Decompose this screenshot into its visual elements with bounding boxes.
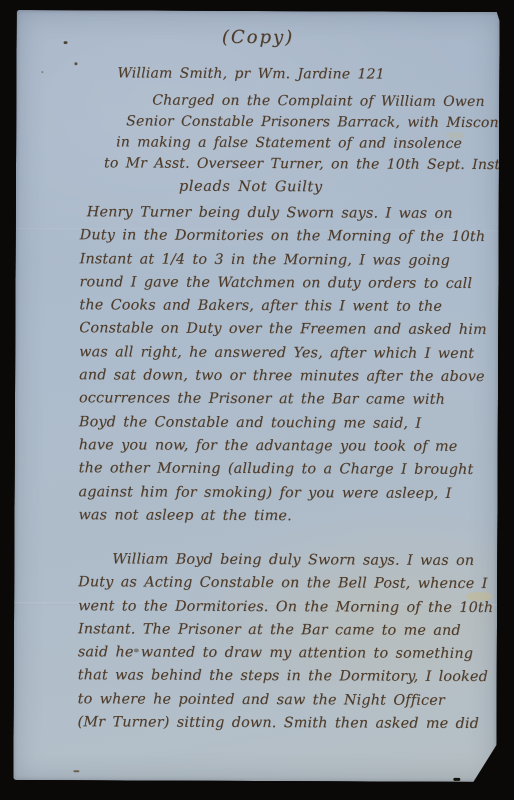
handwritten-line: to where he pointed and saw the Night Of… (78, 688, 482, 713)
manuscript-page: (Copy) William Smith, pr Wm. Jardine 121… (13, 10, 499, 782)
charge-statement: Charged on the Complaint of William Owen… (16, 90, 514, 176)
testimony-william-boyd: William Boyd being duly Sworn says. I wa… (78, 548, 483, 736)
ink-speck (453, 778, 460, 781)
handwritten-line: was not asleep at the time. (78, 504, 482, 529)
handwritten-line: said he wanted to draw my attention to s… (78, 641, 482, 666)
foxing-speck (41, 71, 43, 73)
handwritten-line: the other Morning (alluding to a Charge … (79, 457, 483, 482)
handwritten-line: went to the Dormitories. On the Morning … (78, 595, 482, 620)
handwritten-line: against him for smoking) for you were as… (79, 481, 483, 506)
handwritten-line: Instant at 1/4 to 3 in the Morning, I wa… (80, 248, 484, 273)
handwritten-line: in making a false Statement of and insol… (116, 132, 514, 155)
handwritten-line: occurrences the Prisoner at the Bar came… (79, 388, 483, 413)
photograph-background: { "window": { "background_color": "#0a09… (0, 0, 514, 800)
handwritten-line: to Mr Asst. Overseer Turner, on the 10th… (104, 153, 514, 176)
handwritten-line: (Mr Turner) sitting down. Smith then ask… (78, 711, 482, 736)
handwritten-line: William Boyd being duly Sworn says. I wa… (78, 548, 482, 573)
handwritten-line: and sat down, two or three minutes after… (79, 364, 483, 389)
handwritten-line: Constable on Duty over the Freemen and a… (79, 318, 483, 343)
handwritten-line: Boyd the Constable and touching me said,… (79, 411, 483, 436)
handwritten-line: the Cooks and Bakers, after this I went … (79, 294, 483, 319)
foxing-speck (74, 62, 77, 65)
handwritten-line: was all right, he answered Yes, after wh… (79, 341, 483, 366)
case-title-line: William Smith, pr Wm. Jardine 121 (117, 65, 384, 82)
document-heading: (Copy) (17, 26, 500, 49)
testimony-henry-turner: Henry Turner being duly Sworn says. I wa… (78, 201, 483, 529)
handwritten-line: Henry Turner being duly Sworn says. I wa… (80, 201, 484, 226)
handwritten-line: Duty in the Dormitories on the Morning o… (80, 225, 484, 250)
ink-speck (73, 770, 79, 772)
handwritten-line: have you now, for the advantage you took… (79, 434, 483, 459)
plea-line: pleads Not Guilty (179, 179, 323, 196)
handwritten-line: Duty as Acting Constable on the Bell Pos… (78, 572, 482, 597)
handwritten-line: that was behind the steps in the Dormito… (78, 665, 482, 690)
handwritten-line: Senior Constable Prisoners Barrack, with… (126, 111, 514, 134)
handwritten-line: round I gave the Watchmen on duty orders… (79, 271, 483, 296)
handwritten-line: Instant. The Prisoner at the Bar came to… (78, 618, 482, 643)
handwritten-line: Charged on the Complaint of William Owen (152, 91, 514, 114)
